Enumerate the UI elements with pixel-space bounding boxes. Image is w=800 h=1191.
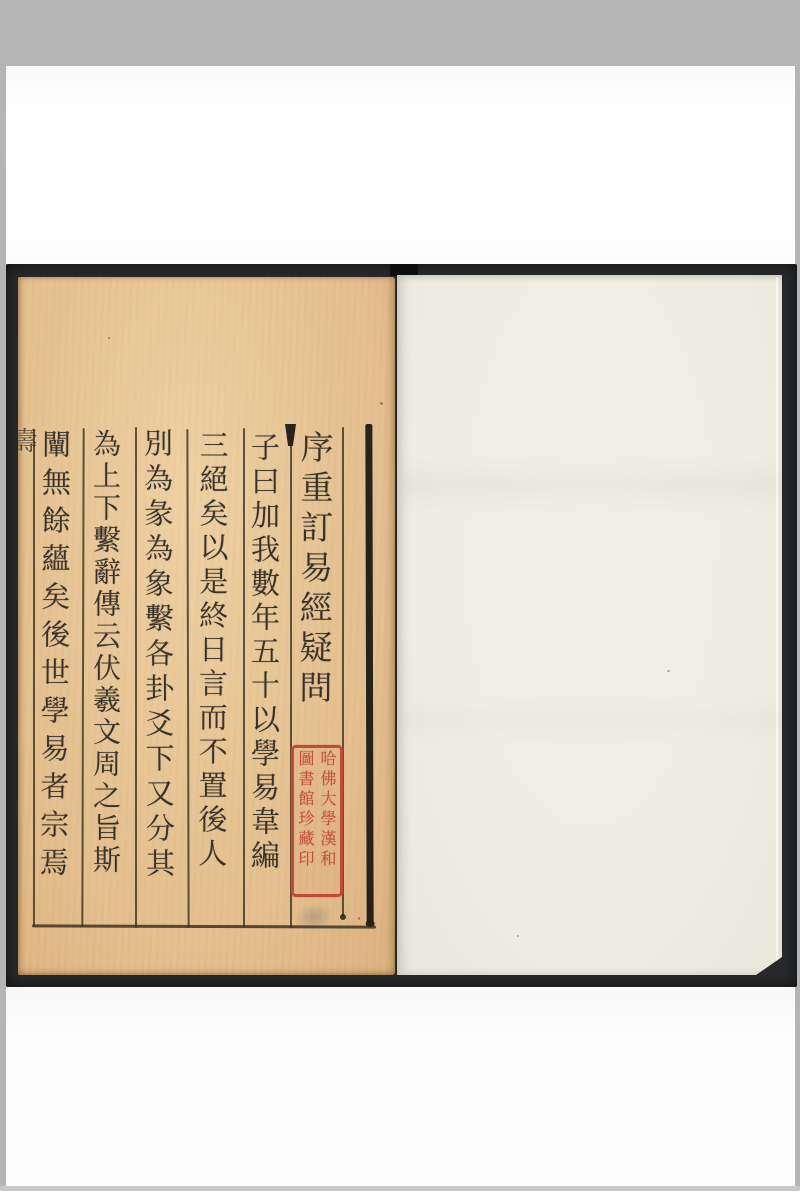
page-crease: [397, 455, 782, 515]
paper-speck: [667, 670, 670, 672]
binding-gutter-shadow: [390, 264, 418, 276]
column-rule: [186, 429, 189, 928]
scanner-margin-top: [6, 66, 795, 264]
book-scan-canvas: 序重訂易經疑問 子曰加我數年五十以學易韋編 三絕矣以是終日言而不置後人 別為彖為…: [0, 0, 800, 1191]
paper-speck: [517, 935, 519, 937]
paper-speck: [108, 337, 110, 339]
scanner-margin-bottom: [6, 987, 795, 1186]
text-column: 三絕矣以是終日言而不置後人: [196, 430, 227, 872]
title-column: 序重訂易經疑問: [297, 430, 331, 710]
text-column: 子曰加我數年五十以學易韋編: [249, 432, 278, 874]
text-column: 別為彖為象繫各卦爻下又分其: [142, 428, 173, 883]
column-rule: [33, 429, 35, 926]
open-book: 序重訂易經疑問 子曰加我數年五十以學易韋編 三絕矣以是終日言而不置後人 別為彖為…: [6, 264, 797, 987]
paper-speck: [380, 402, 383, 405]
text-column: 為上下繫辭傳云伏羲文周之旨斯: [91, 429, 119, 877]
left-page: 序重訂易經疑問 子曰加我數年五十以學易韋編 三絕矣以是終日言而不置後人 別為彖為…: [18, 277, 395, 975]
text-column: 闡無餘蘊矣後世學易者宗焉: [38, 429, 69, 885]
column-rule: [135, 427, 137, 928]
seal-column-left: 圖書館珍藏印: [294, 750, 316, 892]
page-stack-edge: [776, 277, 778, 970]
seal-column-right: 哈佛大學漢和: [316, 750, 338, 892]
library-seal: 哈佛大學漢和 圖書館珍藏印: [291, 745, 343, 897]
column-rule: [81, 428, 84, 927]
text-frame-border: [365, 424, 373, 925]
seal-text: 哈佛大學漢和 圖書館珍藏印: [294, 748, 338, 894]
scan-edge-strip: [0, 1186, 800, 1191]
column-rule: [243, 428, 245, 927]
partial-edge-character: 壽: [18, 427, 41, 453]
rule-top-tick: [285, 424, 296, 446]
right-page: [397, 275, 782, 975]
page-crease: [397, 695, 782, 745]
paper-speck: [358, 917, 360, 920]
pencil-smudge: [292, 899, 336, 935]
